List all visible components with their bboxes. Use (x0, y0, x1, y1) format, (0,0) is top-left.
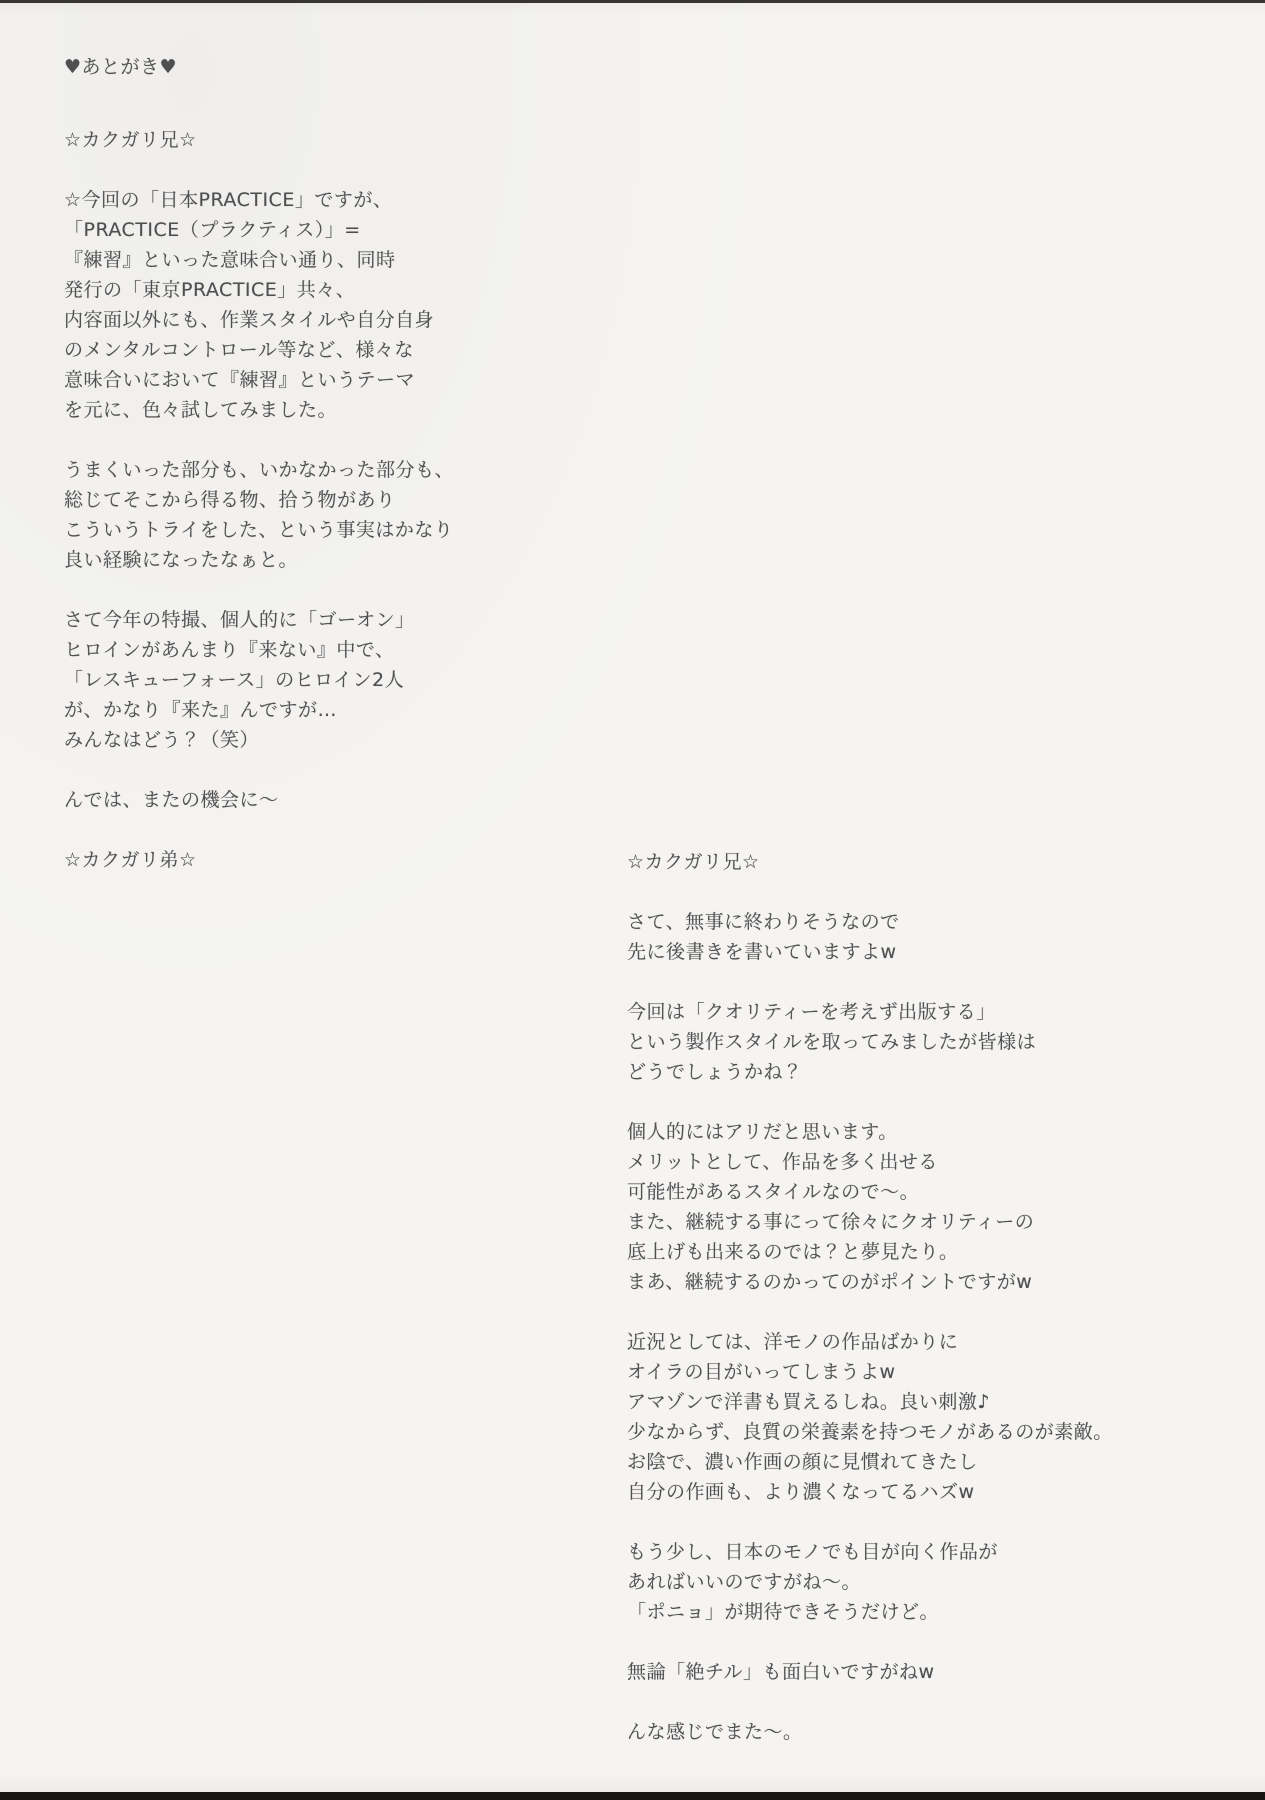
scan-edge-top (0, 0, 1265, 3)
text-line: 無論「絶チル」も面白いですがねw (627, 1657, 1207, 1687)
paragraph: 今回は「クオリティーを考えず出版する」という製作スタイルを取ってみましたが皆様は… (627, 997, 1207, 1087)
right-author-header: ☆カクガリ兄☆ (627, 847, 1207, 877)
left-author-footer: ☆カクガリ弟☆ (64, 845, 534, 875)
text-line: どうでしょうかね？ (627, 1057, 1207, 1087)
left-paragraphs: ☆今回の「日本PRACTICE」ですが、「PRACTICE（プラクティス）」=『… (64, 185, 534, 815)
text-line: んでは、またの機会に～ (64, 785, 534, 815)
text-line: という製作スタイルを取ってみましたが皆様は (627, 1027, 1207, 1057)
text-line: まあ、継続するのかってのがポイントですがw (627, 1267, 1207, 1297)
text-line: みんなはどう？（笑） (64, 725, 534, 755)
text-line: お陰で、濃い作画の顔に見慣れてきたし (627, 1447, 1207, 1477)
paragraph: 無論「絶チル」も面白いですがねw (627, 1657, 1207, 1687)
text-line: 「レスキューフォース」のヒロイン2人 (64, 665, 534, 695)
text-line: 少なからず、良質の栄養素を持つモノがあるのが素敵。 (627, 1417, 1207, 1447)
text-line: を元に、色々試してみました。 (64, 395, 534, 425)
text-line: 個人的にはアリだと思います。 (627, 1117, 1207, 1147)
text-line: 先に後書きを書いていますよw (627, 937, 1207, 967)
scan-edge-bottom (0, 1792, 1265, 1800)
text-line: また、継続する事にって徐々にクオリティーの (627, 1207, 1207, 1237)
text-line: 底上げも出来るのでは？と夢見たり。 (627, 1237, 1207, 1267)
text-line: 内容面以外にも、作業スタイルや自分自身 (64, 305, 534, 335)
text-line: 『練習』といった意味合い通り、同時 (64, 245, 534, 275)
text-line: 発行の「東京PRACTICE」共々、 (64, 275, 534, 305)
scanned-afterword-page: ♥あとがき♥ ☆カクガリ兄☆ ☆今回の「日本PRACTICE」ですが、「PRAC… (0, 0, 1265, 1800)
text-line: のメンタルコントロール等など、様々な (64, 335, 534, 365)
text-line: 近況としては、洋モノの作品ばかりに (627, 1327, 1207, 1357)
page-title: ♥あとがき♥ (64, 52, 534, 82)
text-line: 今回は「クオリティーを考えず出版する」 (627, 997, 1207, 1027)
text-line: 総じてそこから得る物、拾う物があり (64, 485, 534, 515)
paragraph: 近況としては、洋モノの作品ばかりにオイラの目がいってしまうよwアマゾンで洋書も買… (627, 1327, 1207, 1507)
paragraph: もう少し、日本のモノでも目が向く作品があればいいのですがね～。「ポニョ」が期待で… (627, 1537, 1207, 1627)
left-author-header: ☆カクガリ兄☆ (64, 125, 534, 155)
text-line: あればいいのですがね～。 (627, 1567, 1207, 1597)
paragraph: うまくいった部分も、いかなかった部分も、総じてそこから得る物、拾う物がありこうい… (64, 455, 534, 575)
text-line: オイラの目がいってしまうよw (627, 1357, 1207, 1387)
text-line: メリットとして、作品を多く出せる (627, 1147, 1207, 1177)
text-line: 意味合いにおいて『練習』というテーマ (64, 365, 534, 395)
paragraph: ☆今回の「日本PRACTICE」ですが、「PRACTICE（プラクティス）」=『… (64, 185, 534, 425)
right-paragraphs: さて、無事に終わりそうなので先に後書きを書いていますよw今回は「クオリティーを考… (627, 907, 1207, 1687)
text-line: うまくいった部分も、いかなかった部分も、 (64, 455, 534, 485)
text-line: 「ポニョ」が期待できそうだけど。 (627, 1597, 1207, 1627)
text-line: ☆今回の「日本PRACTICE」ですが、 (64, 185, 534, 215)
right-closing-line: んな感じでまた～。 (627, 1717, 1207, 1747)
left-column: ♥あとがき♥ ☆カクガリ兄☆ ☆今回の「日本PRACTICE」ですが、「PRAC… (64, 52, 534, 875)
paragraph: 個人的にはアリだと思います。メリットとして、作品を多く出せる可能性があるスタイル… (627, 1117, 1207, 1297)
text-line: 良い経験になったなぁと。 (64, 545, 534, 575)
text-line: ヒロインがあんまり『来ない』中で、 (64, 635, 534, 665)
text-line: さて、無事に終わりそうなので (627, 907, 1207, 937)
paragraph: さて今年の特撮、個人的に「ゴーオン」ヒロインがあんまり『来ない』中で、「レスキュ… (64, 605, 534, 755)
paragraph: んでは、またの機会に～ (64, 785, 534, 815)
text-line: アマゾンで洋書も買えるしね。良い刺激♪ (627, 1387, 1207, 1417)
paragraph: さて、無事に終わりそうなので先に後書きを書いていますよw (627, 907, 1207, 967)
text-line: さて今年の特撮、個人的に「ゴーオン」 (64, 605, 534, 635)
text-line: 自分の作画も、より濃くなってるハズw (627, 1477, 1207, 1507)
text-line: 「PRACTICE（プラクティス）」= (64, 215, 534, 245)
text-line: こういうトライをした、という事実はかなり (64, 515, 534, 545)
right-column: ☆カクガリ兄☆ さて、無事に終わりそうなので先に後書きを書いていますよw今回は「… (627, 847, 1207, 1747)
text-line: が、かなり『来た』んですが… (64, 695, 534, 725)
text-line: もう少し、日本のモノでも目が向く作品が (627, 1537, 1207, 1567)
text-line: 可能性があるスタイルなので～。 (627, 1177, 1207, 1207)
